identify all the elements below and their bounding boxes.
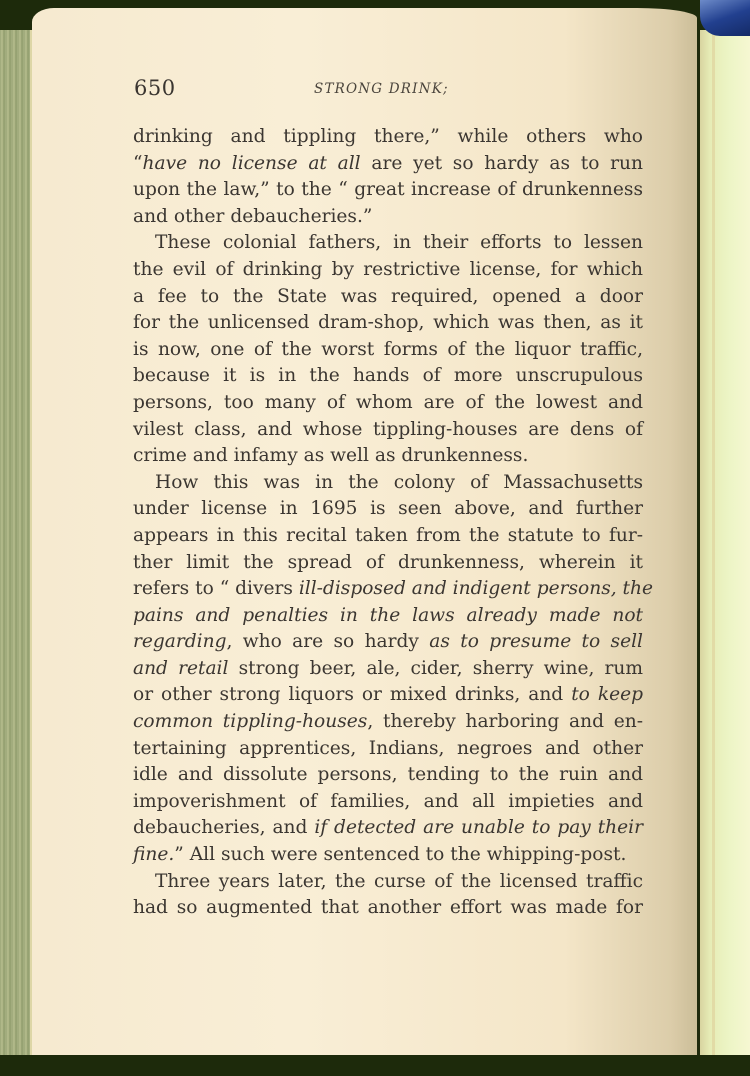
page-edges-left <box>0 30 34 1060</box>
text-span: How this was in the colony of Massachuse… <box>155 472 643 493</box>
text-line: persons, too many of whom are of the low… <box>133 390 643 417</box>
text-line: regarding, who are so hardy as to presum… <box>133 629 643 656</box>
italic-text: common tippling-houses <box>133 711 367 732</box>
text-span: are yet so hardy as to run <box>361 153 643 174</box>
paragraph: Three years later, the curse of the lice… <box>133 869 643 922</box>
text-span: for the unlicensed dram-shop, which was … <box>133 312 643 333</box>
text-span: ther limit the spread of drunkenness, wh… <box>133 552 643 573</box>
paragraph: These colonial fathers, in their efforts… <box>133 230 643 469</box>
text-span: ” All such were sentenced to the whippin… <box>174 844 626 865</box>
text-span: impoverishment of families, and all impi… <box>133 791 643 812</box>
italic-text: to keep <box>571 684 643 705</box>
paragraph: How this was in the colony of Massachuse… <box>133 470 643 869</box>
text-span: a fee to the State was required, opened … <box>133 286 643 307</box>
text-span: under license in 1695 is seen above, and… <box>133 498 643 519</box>
text-line: had so augmented that another effort was… <box>133 895 643 922</box>
text-span: strong beer, ale, cider, sherry wine, ru… <box>228 658 643 679</box>
text-line: or other strong liquors or mixed drinks,… <box>133 682 643 709</box>
text-line: under license in 1695 is seen above, and… <box>133 496 643 523</box>
text-line: pains and penalties in the laws already … <box>133 603 643 630</box>
text-span: vilest class, and whose tippling-houses … <box>133 419 643 440</box>
text-span: is now, one of the worst forms of the li… <box>133 339 643 360</box>
text-line: appears in this recital taken from the s… <box>133 523 643 550</box>
italic-text: regarding <box>133 631 227 652</box>
text-line: debaucheries, and if detected are unable… <box>133 815 643 842</box>
facing-page-edge <box>700 30 750 1060</box>
text-line: fine.” All such were sentenced to the wh… <box>133 842 643 869</box>
text-span: These colonial fathers, in their efforts… <box>155 232 643 253</box>
page-number: 650 <box>134 76 176 100</box>
text-span: the evil of drinking by restrictive lice… <box>133 259 643 280</box>
text-span: drinking and tippling there,” while othe… <box>133 126 643 147</box>
text-line: tertaining apprentices, Indians, negroes… <box>133 736 643 763</box>
text-span: , thereby harboring and en- <box>367 711 643 732</box>
text-line: and other debaucheries.” <box>133 204 643 231</box>
text-line: impoverishment of families, and all impi… <box>133 789 643 816</box>
text-line: Three years later, the curse of the lice… <box>133 869 643 896</box>
text-line: “have no license at all are yet so hardy… <box>133 151 643 178</box>
text-span: because it is in the hands of more unscr… <box>133 365 643 386</box>
text-line: upon the law,” to the “ great increase o… <box>133 177 643 204</box>
text-line: because it is in the hands of more unscr… <box>133 363 643 390</box>
text-line: ther limit the spread of drunkenness, wh… <box>133 550 643 577</box>
text-line: for the unlicensed dram-shop, which was … <box>133 310 643 337</box>
paragraph: drinking and tippling there,” while othe… <box>133 124 643 230</box>
text-span: Three years later, the curse of the lice… <box>155 871 643 892</box>
italic-text: as to presume to sell <box>429 631 643 652</box>
text-line: How this was in the colony of Massachuse… <box>133 470 643 497</box>
text-line: common tippling-houses, thereby harborin… <box>133 709 643 736</box>
text-span: debaucheries, and <box>133 817 314 838</box>
text-line: a fee to the State was required, opened … <box>133 284 643 311</box>
text-line: the evil of drinking by restrictive lice… <box>133 257 643 284</box>
text-line: drinking and tippling there,” while othe… <box>133 124 643 151</box>
text-span: crime and infamy as well as drunkenness. <box>133 445 528 466</box>
gutter-line <box>712 35 715 1065</box>
italic-text: pains and penalties in the laws already … <box>133 605 643 626</box>
text-line: idle and dissolute persons, tending to t… <box>133 762 643 789</box>
text-span: appears in this recital taken from the s… <box>133 525 643 546</box>
text-line: crime and infamy as well as drunkenness. <box>133 443 643 470</box>
text-span: “ <box>133 153 143 174</box>
italic-text: and retail <box>133 658 228 679</box>
text-span: tertaining apprentices, Indians, negroes… <box>133 738 643 759</box>
text-line: and retail strong beer, ale, cider, sher… <box>133 656 643 683</box>
text-line: vilest class, and whose tippling-houses … <box>133 417 643 444</box>
book-cover-corner <box>700 0 750 36</box>
text-span: , who are so hardy <box>227 631 430 652</box>
text-span: or other strong liquors or mixed drinks,… <box>133 684 571 705</box>
body-text: drinking and tippling there,” while othe… <box>133 124 643 922</box>
italic-text: ill-disposed and indigent persons, the <box>299 578 653 599</box>
text-span: and other debaucheries.” <box>133 206 372 227</box>
italic-text: fine. <box>133 844 174 865</box>
text-span: upon the law,” to the “ great increase o… <box>133 179 643 200</box>
text-span: refers to “ divers <box>133 578 299 599</box>
running-head: STRONG DRINK; <box>314 81 449 97</box>
italic-text: have no license at all <box>143 153 361 174</box>
text-span: persons, too many of whom are of the low… <box>133 392 643 413</box>
text-line: refers to “ divers ill-disposed and indi… <box>133 576 643 603</box>
text-line: is now, one of the worst forms of the li… <box>133 337 643 364</box>
text-span: idle and dissolute persons, tending to t… <box>133 764 643 785</box>
text-span: had so augmented that another effort was… <box>133 897 643 918</box>
text-line: These colonial fathers, in their efforts… <box>133 230 643 257</box>
page-header: 650 STRONG DRINK; <box>134 76 644 104</box>
italic-text: if detected are unable to pay their <box>314 817 643 838</box>
book-bottom-shadow <box>0 1055 750 1076</box>
